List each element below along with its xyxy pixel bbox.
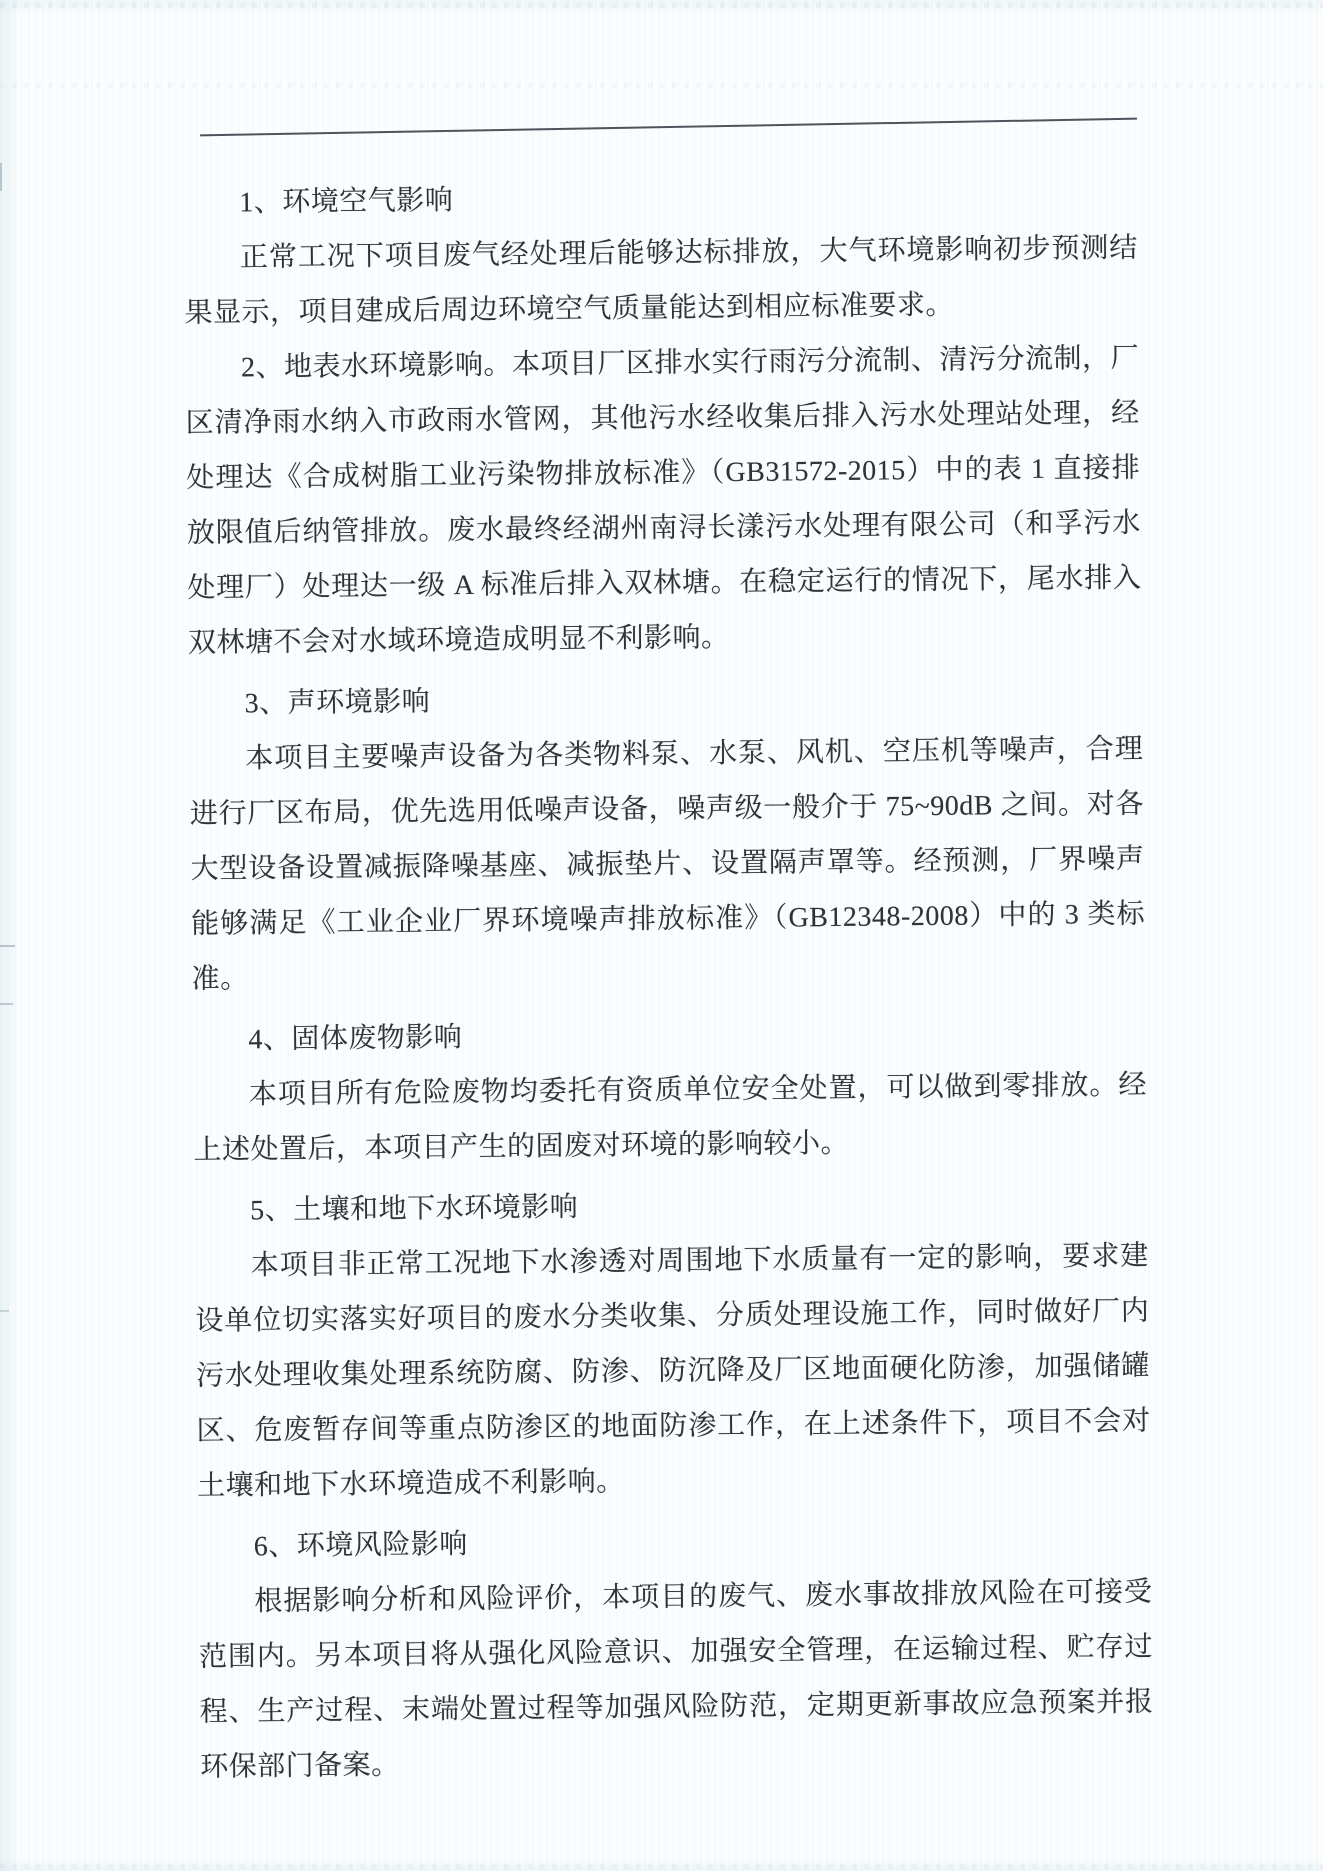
section-4-heading: 4、固体废物影响 [192,1003,1147,1068]
scan-edge-artifact [0,163,2,191]
section-1-paragraph: 正常工况下项目废气经处理后能够达标排放，大气环境影响初步预测结果显示，项目建成后… [184,221,1139,341]
document-body: 1、环境空气影响 正常工况下项目废气经处理后能够达标排放，大气环境影响初步预测结… [183,166,1154,1795]
section-3-paragraph: 本项目主要噪声设备为各类物料泵、水泵、风机、空压机等噪声，合理进行厂区布局，优先… [189,722,1146,1007]
page-background: 1、环境空气影响 正常工况下项目废气经处理后能够达标排放，大气环境影响初步预测结… [0,0,1323,1871]
section-5-paragraph: 本项目非正常工况地下水渗透对周围地下水质量有一定的影响，要求建设单位切实落实好项… [195,1229,1152,1514]
scan-edge-artifact [0,945,15,947]
scanned-document-page: { "page": { "kind": "scanned environment… [0,0,1323,1871]
scan-noise-band [0,82,1323,88]
scan-edge-artifact [0,1003,13,1005]
section-6-heading: 6、环境风险影响 [198,1510,1153,1575]
scan-noise-band [0,3,1323,8]
scan-edge-artifact [0,1310,9,1312]
scan-noise-band [0,1864,1323,1869]
header-rule [200,118,1137,137]
section-5-heading: 5、土壤和地下水环境影响 [194,1174,1149,1239]
section-4-paragraph: 本项目所有危险废物均委托有资质单位安全处置，可以做到零排放。经上述处置后，本项目… [193,1058,1148,1178]
section-1-heading: 1、环境空气影响 [183,166,1138,231]
section-6-paragraph: 根据影响分析和风险评价，本项目的废气、废水事故排放风险在可接受范围内。另本项目将… [198,1565,1154,1795]
section-2-paragraph: 2、地表水环境影响。本项目厂区排水实行雨污分流制、清污分流制，厂区清净雨水纳入市… [185,331,1143,671]
section-3-heading: 3、声环境影响 [188,667,1143,732]
